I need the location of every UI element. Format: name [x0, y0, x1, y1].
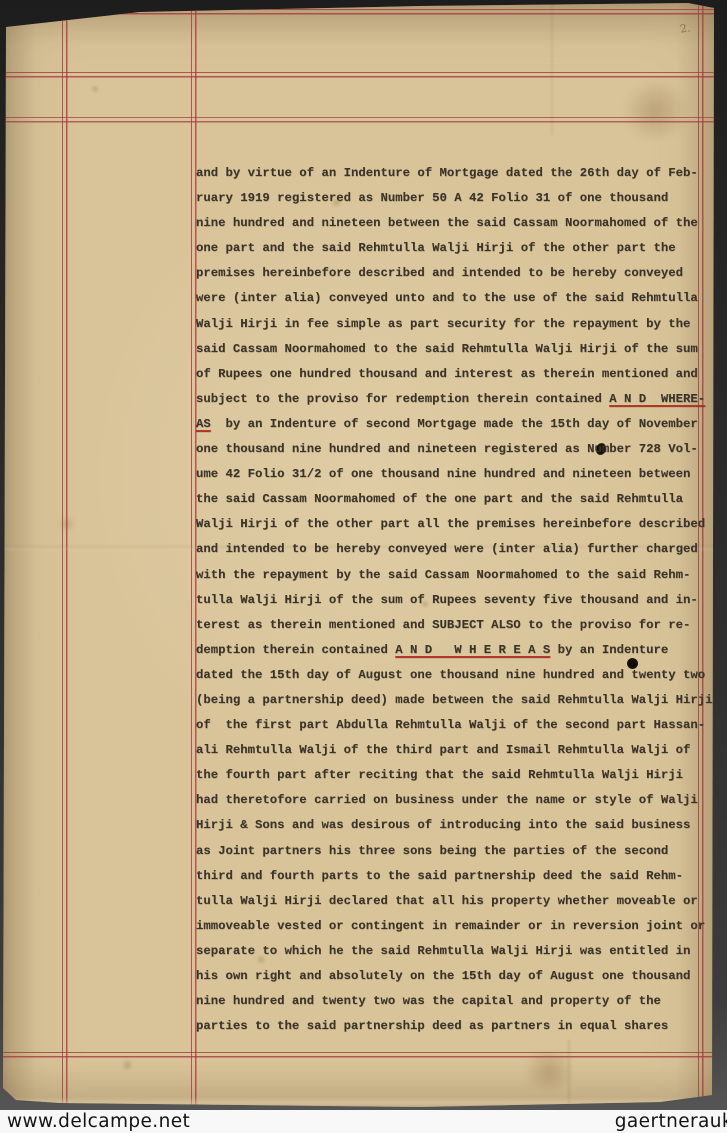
line-text: ruary 1919 registered as Number 50 A 42 … — [196, 191, 668, 205]
document-line: and intended to be hereby conveyed were … — [196, 537, 724, 562]
document-line: Walji Hirji in fee simple as part securi… — [196, 312, 724, 337]
typewritten-text-block: and by virtue of an Indenture of Mortgag… — [196, 161, 724, 1039]
document-line: and by virtue of an Indenture of Mortgag… — [196, 161, 724, 186]
stain — [90, 85, 100, 93]
fold-crease-vertical-top — [551, 0, 553, 135]
line-text: Walji Hirji in fee simple as part securi… — [196, 317, 690, 331]
line-text: were (inter alia) conveyed unto and to t… — [196, 291, 698, 305]
document-line: with the repayment by the said Cassam No… — [196, 563, 724, 588]
document-line: were (inter alia) conveyed unto and to t… — [196, 286, 724, 311]
document-line: terest as therein mentioned and SUBJECT … — [196, 613, 724, 638]
document-line: one thousand nine hundred and nineteen r… — [196, 437, 724, 462]
line-text: the said Cassam Noormahomed of the one p… — [196, 492, 683, 506]
document-line: had theretofore carried on business unde… — [196, 788, 724, 813]
watermark-bar: www.delcampe.net gaertnerauk — [0, 1110, 727, 1133]
line-text: nine hundred and nineteen between the sa… — [196, 216, 698, 230]
document-line: tulla Walji Hirji declared that all his … — [196, 889, 724, 914]
document-line: of the first part Abdulla Rehmtulla Walj… — [196, 713, 724, 738]
line-text: by an Indenture of second Mortgage made … — [211, 417, 698, 431]
document-line: his own right and absolutely on the 15th… — [196, 964, 724, 989]
line-text: tulla Walji Hirji declared that all his … — [196, 894, 698, 908]
line-text: dated the 15th day of August one thousan… — [196, 668, 705, 682]
line-text: subject to the proviso for redemption th… — [196, 392, 609, 406]
line-text: his own right and absolutely on the 15th… — [196, 969, 690, 983]
document-line: parties to the said partnership deed as … — [196, 1014, 724, 1039]
document-line: one part and the said Rehmtulla Walji Hi… — [196, 236, 724, 261]
line-text: third and fourth parts to the said partn… — [196, 869, 683, 883]
document-line: Hirji & Sons and was desirous of introdu… — [196, 813, 724, 838]
line-text: by an Indenture — [550, 643, 668, 657]
document-line: the said Cassam Noormahomed of the one p… — [196, 487, 724, 512]
fold-crease-vertical-bottom — [568, 1040, 570, 1109]
document-line: (being a partnership deed) made between … — [196, 688, 724, 713]
stain — [120, 1060, 135, 1070]
document-line: tulla Walji Hirji of the sum of Rupees s… — [196, 588, 724, 613]
line-text: separate to which he the said Rehmtulla … — [196, 944, 690, 958]
document-line: third and fourth parts to the said partn… — [196, 864, 724, 889]
document-line: separate to which he the said Rehmtulla … — [196, 939, 724, 964]
document-line: premises hereinbefore described and inte… — [196, 261, 724, 286]
document-line: Walji Hirji of the other part all the pr… — [196, 512, 724, 537]
line-text: Hirji & Sons and was desirous of introdu… — [196, 818, 690, 832]
photo-backdrop: 2. and by virtue of an Indenture of Mort… — [0, 0, 727, 1133]
document-line: dated the 15th day of August one thousan… — [196, 663, 724, 688]
page-number-mark: 2. — [679, 21, 691, 35]
line-text: said Cassam Noormahomed to the said Rehm… — [196, 342, 698, 356]
line-text: had theretofore carried on business unde… — [196, 793, 698, 807]
line-text: and by virtue of an Indenture of Mortgag… — [196, 166, 698, 180]
underlined-phrase: AS — [196, 417, 211, 431]
stain — [618, 82, 692, 140]
document-line: immoveable vested or contingent in remai… — [196, 914, 724, 939]
ruled-line-top-edge — [0, 9, 717, 15]
document-line: said Cassam Noormahomed to the said Rehm… — [196, 337, 724, 362]
line-text: premises hereinbefore described and inte… — [196, 266, 683, 280]
ruled-line-bottom — [0, 1052, 717, 1058]
document-line: demption therein contained A N D W H E R… — [196, 638, 724, 663]
line-text: tulla Walji Hirji of the sum of Rupees s… — [196, 593, 698, 607]
document-line: ruary 1919 registered as Number 50 A 42 … — [196, 186, 724, 211]
line-text: one part and the said Rehmtulla Walji Hi… — [196, 241, 676, 255]
line-text: as Joint partners his three sons being t… — [196, 844, 668, 858]
line-text: immoveable vested or contingent in remai… — [196, 919, 705, 933]
document-line: ali Rehmtulla Walji of the third part an… — [196, 738, 724, 763]
line-text: (being a partnership deed) made between … — [196, 693, 713, 707]
line-text: demption therein contained — [196, 643, 395, 657]
line-text: nine hundred and twenty two was the capi… — [196, 994, 661, 1008]
watermark-seller-text: gaertnerauk — [615, 1111, 727, 1132]
document-line: of Rupees one hundred thousand and inter… — [196, 362, 724, 387]
margin-line-vertical-left-outer — [62, 0, 68, 1111]
document-line: nine hundred and twenty two was the capi… — [196, 989, 724, 1014]
document-line: subject to the proviso for redemption th… — [196, 387, 724, 412]
line-text: and intended to be hereby conveyed were … — [196, 542, 698, 556]
document-paper: 2. and by virtue of an Indenture of Mort… — [0, 0, 727, 1133]
line-text: Walji Hirji of the other part all the pr… — [196, 517, 705, 531]
line-text: the fourth part after reciting that the … — [196, 768, 683, 782]
document-line: as Joint partners his three sons being t… — [196, 839, 724, 864]
document-line: ume 42 Folio 31/2 of one thousand nine h… — [196, 462, 724, 487]
ruled-line-top-second — [0, 117, 717, 123]
document-line: nine hundred and nineteen between the sa… — [196, 211, 724, 236]
ruled-line-top-first — [0, 72, 717, 78]
line-text: of Rupees one hundred thousand and inter… — [196, 367, 698, 381]
line-text: of the first part Abdulla Rehmtulla Walj… — [196, 718, 705, 732]
line-text: terest as therein mentioned and SUBJECT … — [196, 618, 690, 632]
line-text: ali Rehmtulla Walji of the third part an… — [196, 743, 690, 757]
document-line: the fourth part after reciting that the … — [196, 763, 724, 788]
line-text: parties to the said partnership deed as … — [196, 1019, 668, 1033]
document-line: AS by an Indenture of second Mortgage ma… — [196, 412, 724, 437]
watermark-site-text: www.delcampe.net — [7, 1111, 190, 1132]
line-text: one thousand nine hundred and nineteen r… — [196, 442, 698, 456]
line-text: with the repayment by the said Cassam No… — [196, 568, 690, 582]
underlined-phrase: A N D WHERE- — [609, 392, 705, 406]
underlined-phrase: A N D W H E R E A S — [395, 643, 550, 657]
line-text: ume 42 Folio 31/2 of one thousand nine h… — [196, 467, 690, 481]
